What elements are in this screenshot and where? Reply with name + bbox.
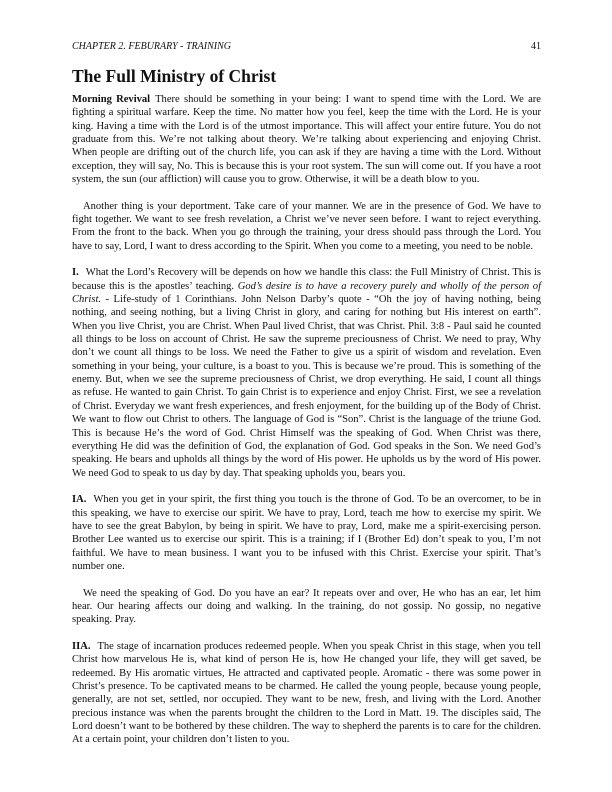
page-number: 41	[531, 40, 541, 54]
paragraph-speaking: We need the speaking of God. Do you have…	[72, 587, 541, 627]
section-title: The Full Ministry of Christ	[72, 65, 541, 87]
paragraph-point-iia: IIA.The stage of incarnation produces re…	[72, 640, 541, 747]
running-header: CHAPTER 2. FEBURARY - TRAINING 41	[72, 40, 541, 54]
paragraph-deportment: Another thing is your deportment. Take c…	[72, 200, 541, 253]
paragraph-text: When you get in your spirit, the first t…	[72, 494, 541, 572]
paragraph-morning-revival: Morning RevivalThere should be something…	[72, 93, 541, 186]
point-number: IIA.	[72, 641, 90, 652]
document-page: CHAPTER 2. FEBURARY - TRAINING 41 The Fu…	[72, 40, 541, 747]
paragraph-text: The stage of incarnation produces redeem…	[72, 641, 541, 745]
paragraph-point-i: I.What the Lord’s Recovery will be depen…	[72, 266, 541, 480]
paragraph-text: - Life-study of 1 Corinthians. John Nels…	[72, 294, 541, 478]
chapter-heading: CHAPTER 2. FEBURARY - TRAINING	[72, 40, 231, 54]
point-number: I.	[72, 267, 79, 278]
paragraph-text: Another thing is your deportment. Take c…	[72, 201, 541, 252]
paragraph-lead: Morning Revival	[72, 94, 150, 105]
point-number: IA.	[72, 494, 86, 505]
paragraph-point-ia: IA.When you get in your spirit, the firs…	[72, 493, 541, 573]
paragraph-text: We need the speaking of God. Do you have…	[72, 588, 541, 626]
paragraph-text: There should be something in your being:…	[72, 94, 541, 185]
